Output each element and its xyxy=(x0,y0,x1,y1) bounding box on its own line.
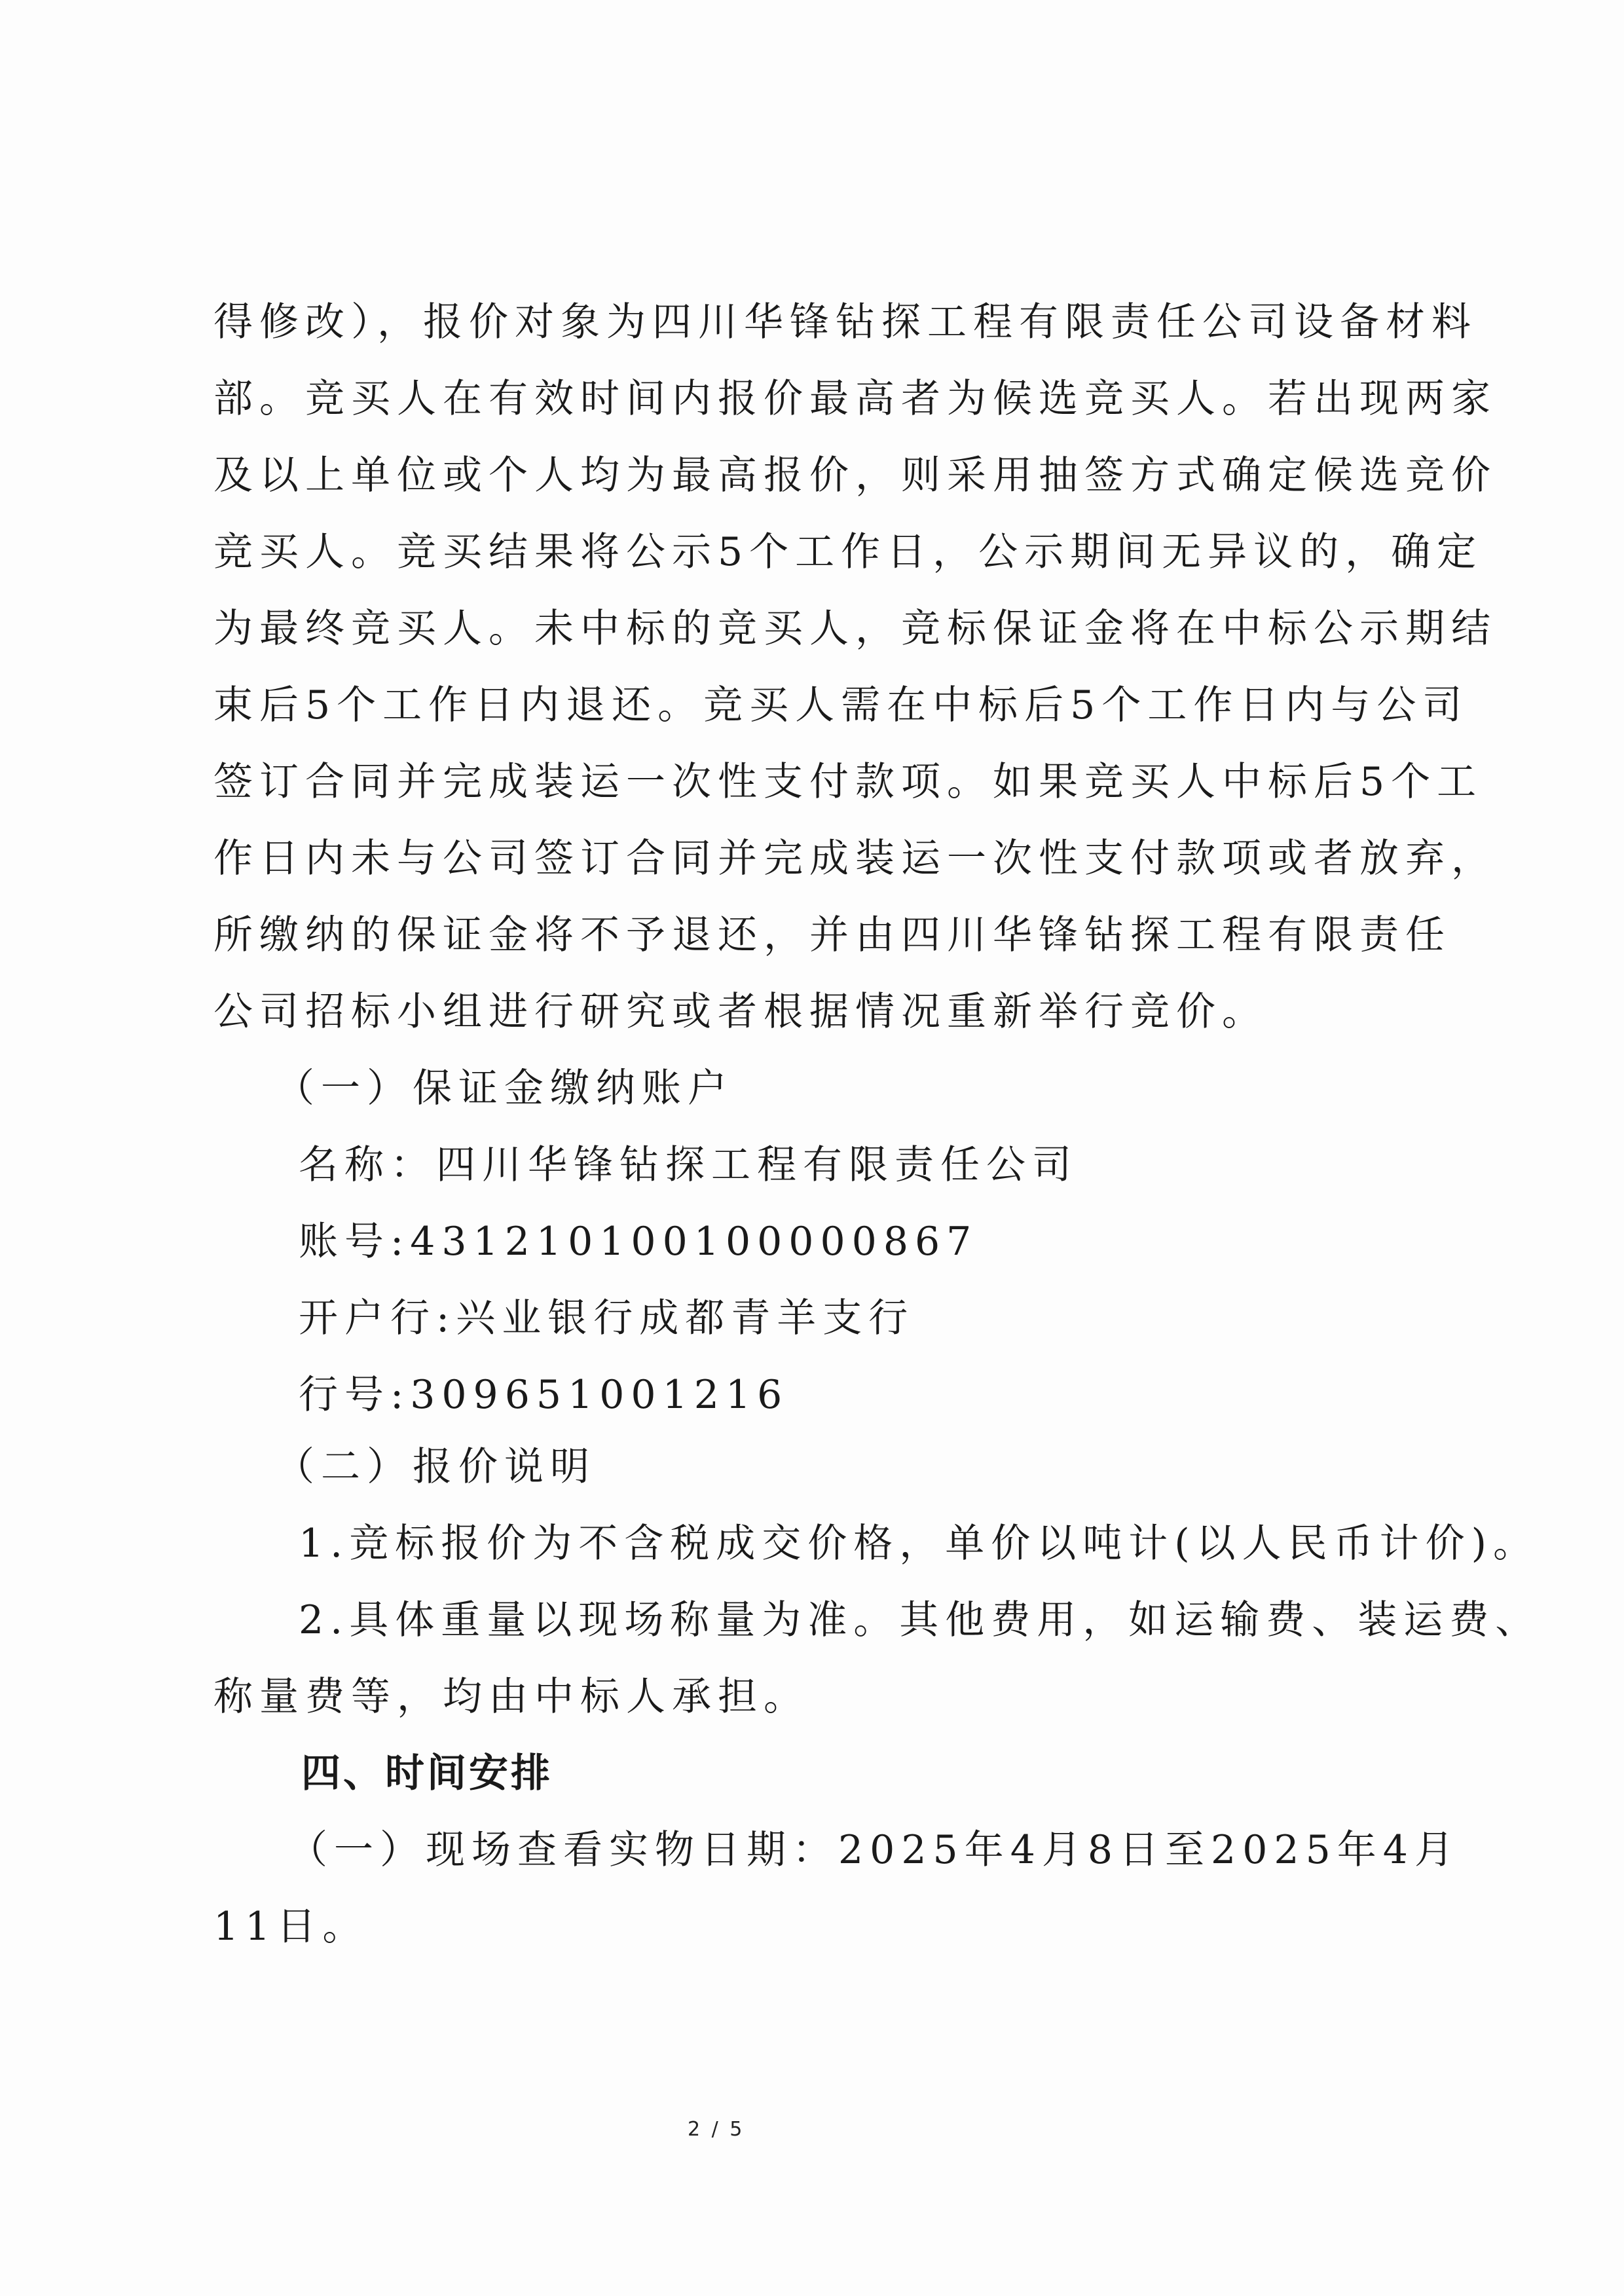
paragraph-line: 得修改），报价对象为四川华锋钻探工程有限责任公司设备材料 xyxy=(213,296,1418,348)
account-number: 账号:431210100100000867 xyxy=(299,1215,1504,1268)
document-page: 得修改），报价对象为四川华锋钻探工程有限责任公司设备材料 部。竞买人在有效时间内… xyxy=(0,0,1624,2296)
paragraph-line: 束后5个工作日内退还。竞买人需在中标后5个工作日内与公司 xyxy=(213,679,1418,731)
deposit-heading: （一）保证金缴纳账户 xyxy=(275,1062,1480,1115)
quote-heading: （二）报价说明 xyxy=(275,1441,1480,1493)
page-number: 2 / 5 xyxy=(688,2118,745,2141)
paragraph-line: 作日内未与公司签订合同并完成装运一次性支付款项或者放弃， xyxy=(213,832,1418,885)
paragraph-line: 部。竞买人在有效时间内报价最高者为候选竞买人。若出现两家 xyxy=(213,373,1418,425)
quote-item-1: 1.竞标报价为不含税成交价格，单价以吨计(以人民币计价)。 xyxy=(299,1517,1504,1570)
quote-item-2-cont: 称量费等，均由中标人承担。 xyxy=(213,1671,1418,1723)
paragraph-line: 为最终竞买人。未中标的竞买人，竞标保证金将在中标公示期结 xyxy=(213,602,1418,655)
paragraph-line: 所缴纳的保证金将不予退还，并由四川华锋钻探工程有限责任 xyxy=(213,909,1418,961)
paragraph-line: 签订合同并完成装运一次性支付款项。如果竞买人中标后5个工 xyxy=(213,756,1418,808)
account-name: 名称：四川华锋钻探工程有限责任公司 xyxy=(299,1139,1504,1191)
schedule-item-1: （一）现场查看实物日期：2025年4月8日至2025年4月 xyxy=(288,1824,1493,1876)
paragraph-line: 公司招标小组进行研究或者根据情况重新举行竞价。 xyxy=(213,986,1418,1038)
paragraph-line: 竞买人。竞买结果将公示5个工作日，公示期间无异议的，确定 xyxy=(213,526,1418,578)
schedule-heading: 四、时间安排 xyxy=(301,1747,1506,1800)
schedule-item-1-cont: 11日。 xyxy=(213,1900,1418,1953)
quote-item-2: 2.具体重量以现场称量为准。其他费用，如运输费、装运费、 xyxy=(299,1594,1504,1646)
bank-code: 行号:309651001216 xyxy=(299,1369,1504,1421)
paragraph-line: 及以上单位或个人均为最高报价，则采用抽签方式确定候选竞价 xyxy=(213,449,1418,502)
bank-name: 开户行:兴业银行成都青羊支行 xyxy=(299,1292,1504,1344)
